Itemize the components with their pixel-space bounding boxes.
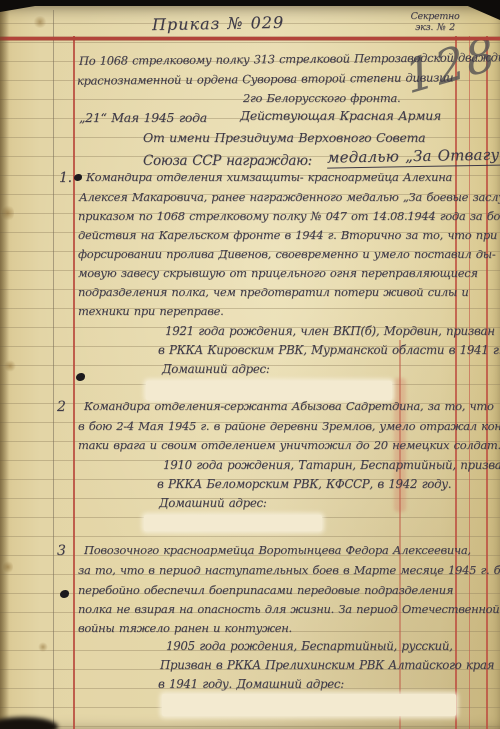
- order-title: Приказ № 029: [152, 15, 284, 33]
- bio-line: в РККА Кировским РВК, Мурманской области…: [158, 345, 500, 357]
- bio-line: 1921 года рождения, член ВКП(б), Мордвин…: [165, 326, 495, 338]
- scanned-order-page: Секретно экз. № 2 Приказ № 029 128 По 10…: [0, 0, 500, 729]
- citation-line: мовую завесу скрывшую от прицельного огн…: [78, 268, 478, 280]
- citation-line: подразделения полка, чем предотвратил по…: [78, 287, 468, 299]
- item-number: 3: [57, 544, 66, 558]
- torn-left-edge: [0, 4, 9, 729]
- citation-line: войны тяжело ранен и контужен.: [78, 623, 292, 635]
- ledger-paper: Секретно экз. № 2 Приказ № 029 128 По 10…: [0, 4, 500, 729]
- citation-line: Алексея Макаровича, ранее награжденного …: [79, 192, 500, 204]
- header-red-rule: [0, 37, 500, 40]
- address-redaction: [144, 515, 322, 531]
- address-redaction: [162, 694, 456, 716]
- right-red-column-line-3: [486, 36, 488, 729]
- bio-line: Домашний адрес:: [159, 498, 267, 510]
- bio-line: Домашний адрес:: [162, 364, 270, 376]
- citation-line: Повозочного красноармейца Воротынцева Фе…: [84, 545, 471, 557]
- citation-line: техники при переправе.: [78, 306, 224, 318]
- scan-edge-top-left: [0, 0, 70, 12]
- right-red-column-line-1: [455, 36, 457, 729]
- award-statement-line: От имени Президиума Верховного Совета: [143, 132, 425, 145]
- scan-edge-top-right: [454, 0, 500, 20]
- fold-line: [53, 10, 54, 729]
- citation-line: Командира отделения химзащиты- красноарм…: [86, 172, 452, 184]
- bio-line: Призван в РККА Прелихинским РВК Алтайско…: [160, 660, 494, 672]
- issue-location: Действующая Красная Армия: [240, 110, 441, 123]
- item-number: 2: [57, 400, 66, 414]
- bio-line: в 1941 году. Домашний адрес:: [158, 679, 344, 691]
- issue-date: „21“ Мая 1945 года: [79, 112, 207, 125]
- address-redaction: [146, 381, 392, 400]
- paper-stain: [33, 16, 47, 28]
- bio-line: 1910 года рождения, Татарин, Беспартийны…: [163, 460, 500, 472]
- paper-stain: [38, 642, 48, 652]
- citation-line: за то, что в период наступательных боев …: [78, 565, 500, 577]
- citation-line: приказом по 1068 стрелковому полку № 047…: [78, 211, 500, 223]
- citation-line: Командира отделения-сержанта Абызова Сад…: [84, 401, 494, 413]
- citation-line: действия на Карельском фронте в 1944 г. …: [78, 230, 497, 242]
- right-red-column-line-2: [469, 36, 470, 729]
- item-number: 1.: [59, 171, 72, 185]
- citation-line: таки врага и своим отделением уничтожил …: [78, 440, 500, 452]
- scan-edge-top: [0, 0, 500, 6]
- citation-line: в бою 2-4 Мая 1945 г. в районе деревни З…: [78, 421, 500, 433]
- citation-line: полка не взирая на опасность для жизни. …: [78, 604, 499, 616]
- bio-line: в РККА Беломорским РВК, КФССР, в 1942 го…: [157, 479, 451, 491]
- bio-line: 1905 года рождения, Беспартийный, русски…: [166, 641, 453, 653]
- medal-name: медалью „За Отвагу“:: [327, 147, 500, 168]
- copy-number-label: экз. № 2: [404, 23, 466, 33]
- award-statement-line: Союза ССР награждаю:: [143, 155, 312, 169]
- citation-line: перебойно обеспечил боеприпасами передов…: [78, 585, 453, 597]
- left-margin-red-line: [73, 36, 75, 729]
- preamble-line: 2го Белорусского фронта.: [243, 93, 400, 105]
- citation-line: форсировании пролива Дивенов, своевремен…: [78, 249, 495, 261]
